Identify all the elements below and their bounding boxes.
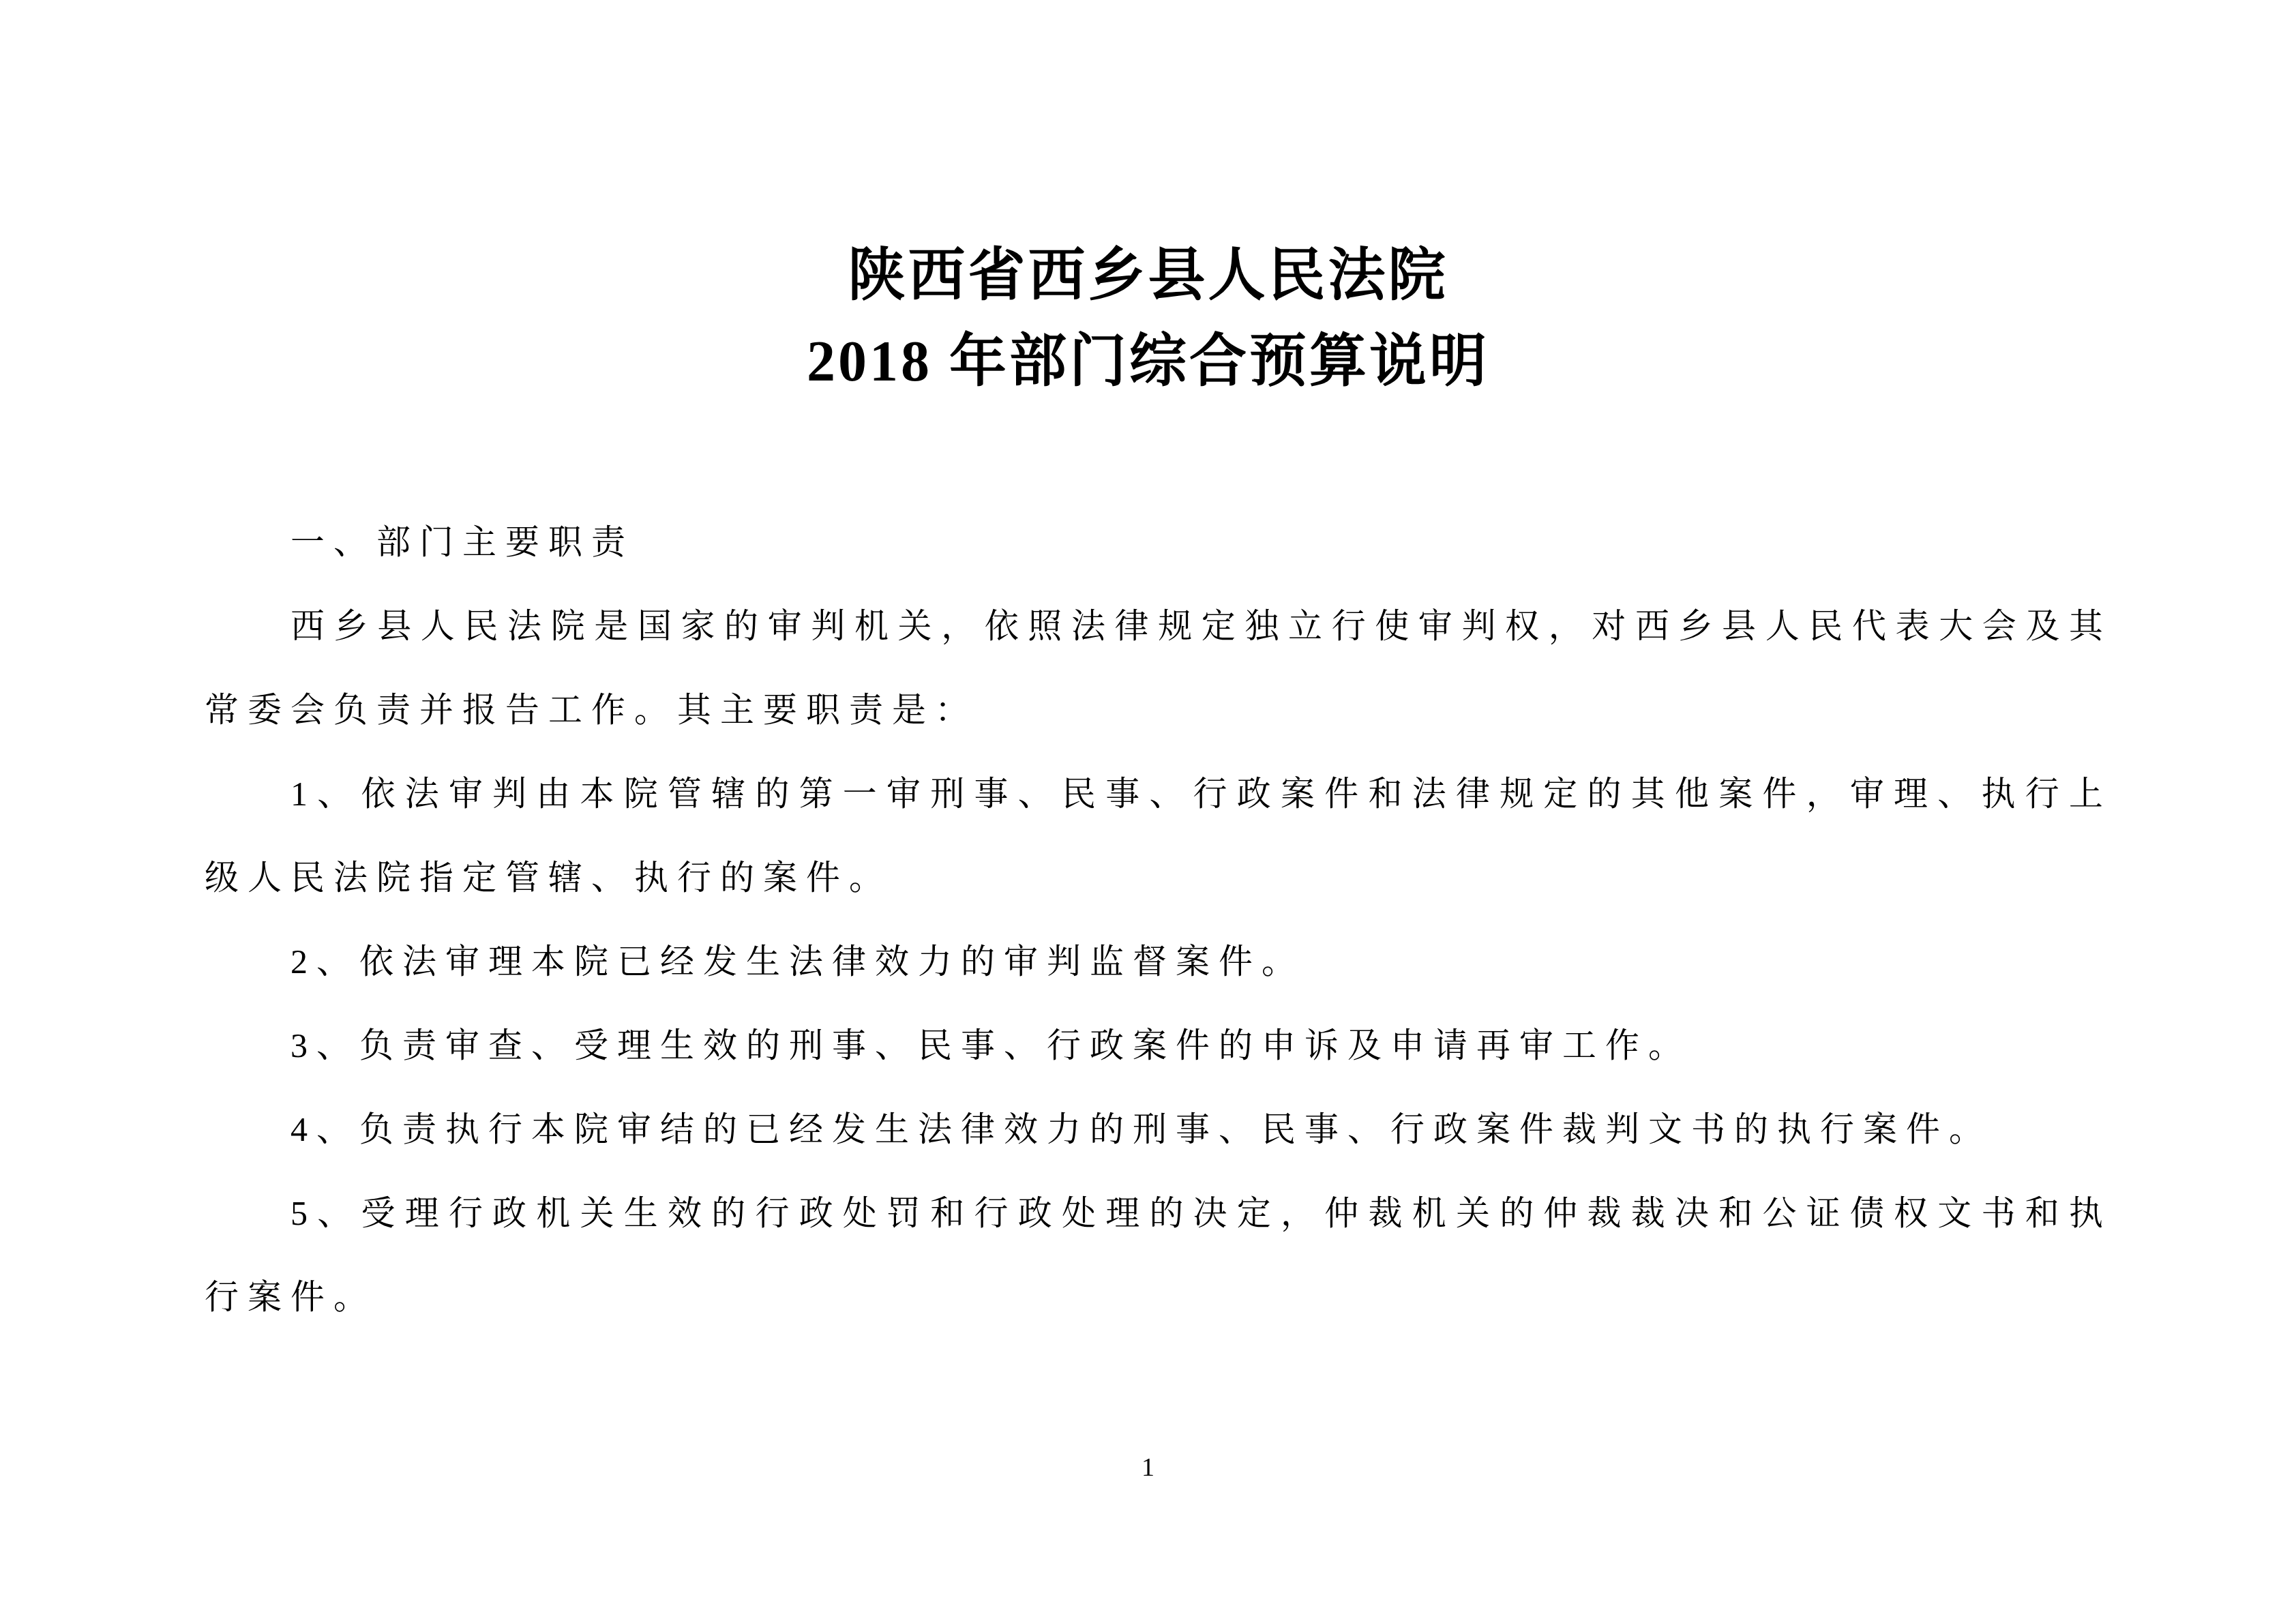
- section-heading: 一、部门主要职责: [205, 501, 2112, 584]
- document-page: 陕西省西乡县人民法院 2018 年部门综合预算说明 一、部门主要职责 西乡县人民…: [0, 0, 2296, 1623]
- document-title-line-1: 陕西省西乡县人民法院: [0, 233, 2296, 319]
- paragraph-intro: 西乡县人民法院是国家的审判机关，依照法律规定独立行使审判权，对西乡县人民代表大会…: [205, 584, 2112, 752]
- page-footer: 1: [0, 1451, 2296, 1484]
- paragraph-item-4: 4、负责执行本院审结的已经发生法律效力的刑事、民事、行政案件裁判文书的执行案件。: [205, 1088, 2112, 1172]
- paragraph-item-2: 2、依法审理本院已经发生法律效力的审判监督案件。: [205, 920, 2112, 1004]
- document-title: 陕西省西乡县人民法院 2018 年部门综合预算说明: [0, 233, 2296, 405]
- document-title-line-2: 2018 年部门综合预算说明: [0, 319, 2296, 405]
- page-number: 1: [1142, 1453, 1154, 1482]
- paragraph-item-5: 5、受理行政机关生效的行政处罚和行政处理的决定，仲裁机关的仲裁裁决和公证债权文书…: [205, 1172, 2112, 1339]
- document-body: 一、部门主要职责 西乡县人民法院是国家的审判机关，依照法律规定独立行使审判权，对…: [0, 501, 2296, 1339]
- paragraph-item-3: 3、负责审查、受理生效的刑事、民事、行政案件的申诉及申请再审工作。: [205, 1004, 2112, 1088]
- paragraph-item-1: 1、依法审判由本院管辖的第一审刑事、民事、行政案件和法律规定的其他案件，审理、执…: [205, 752, 2112, 920]
